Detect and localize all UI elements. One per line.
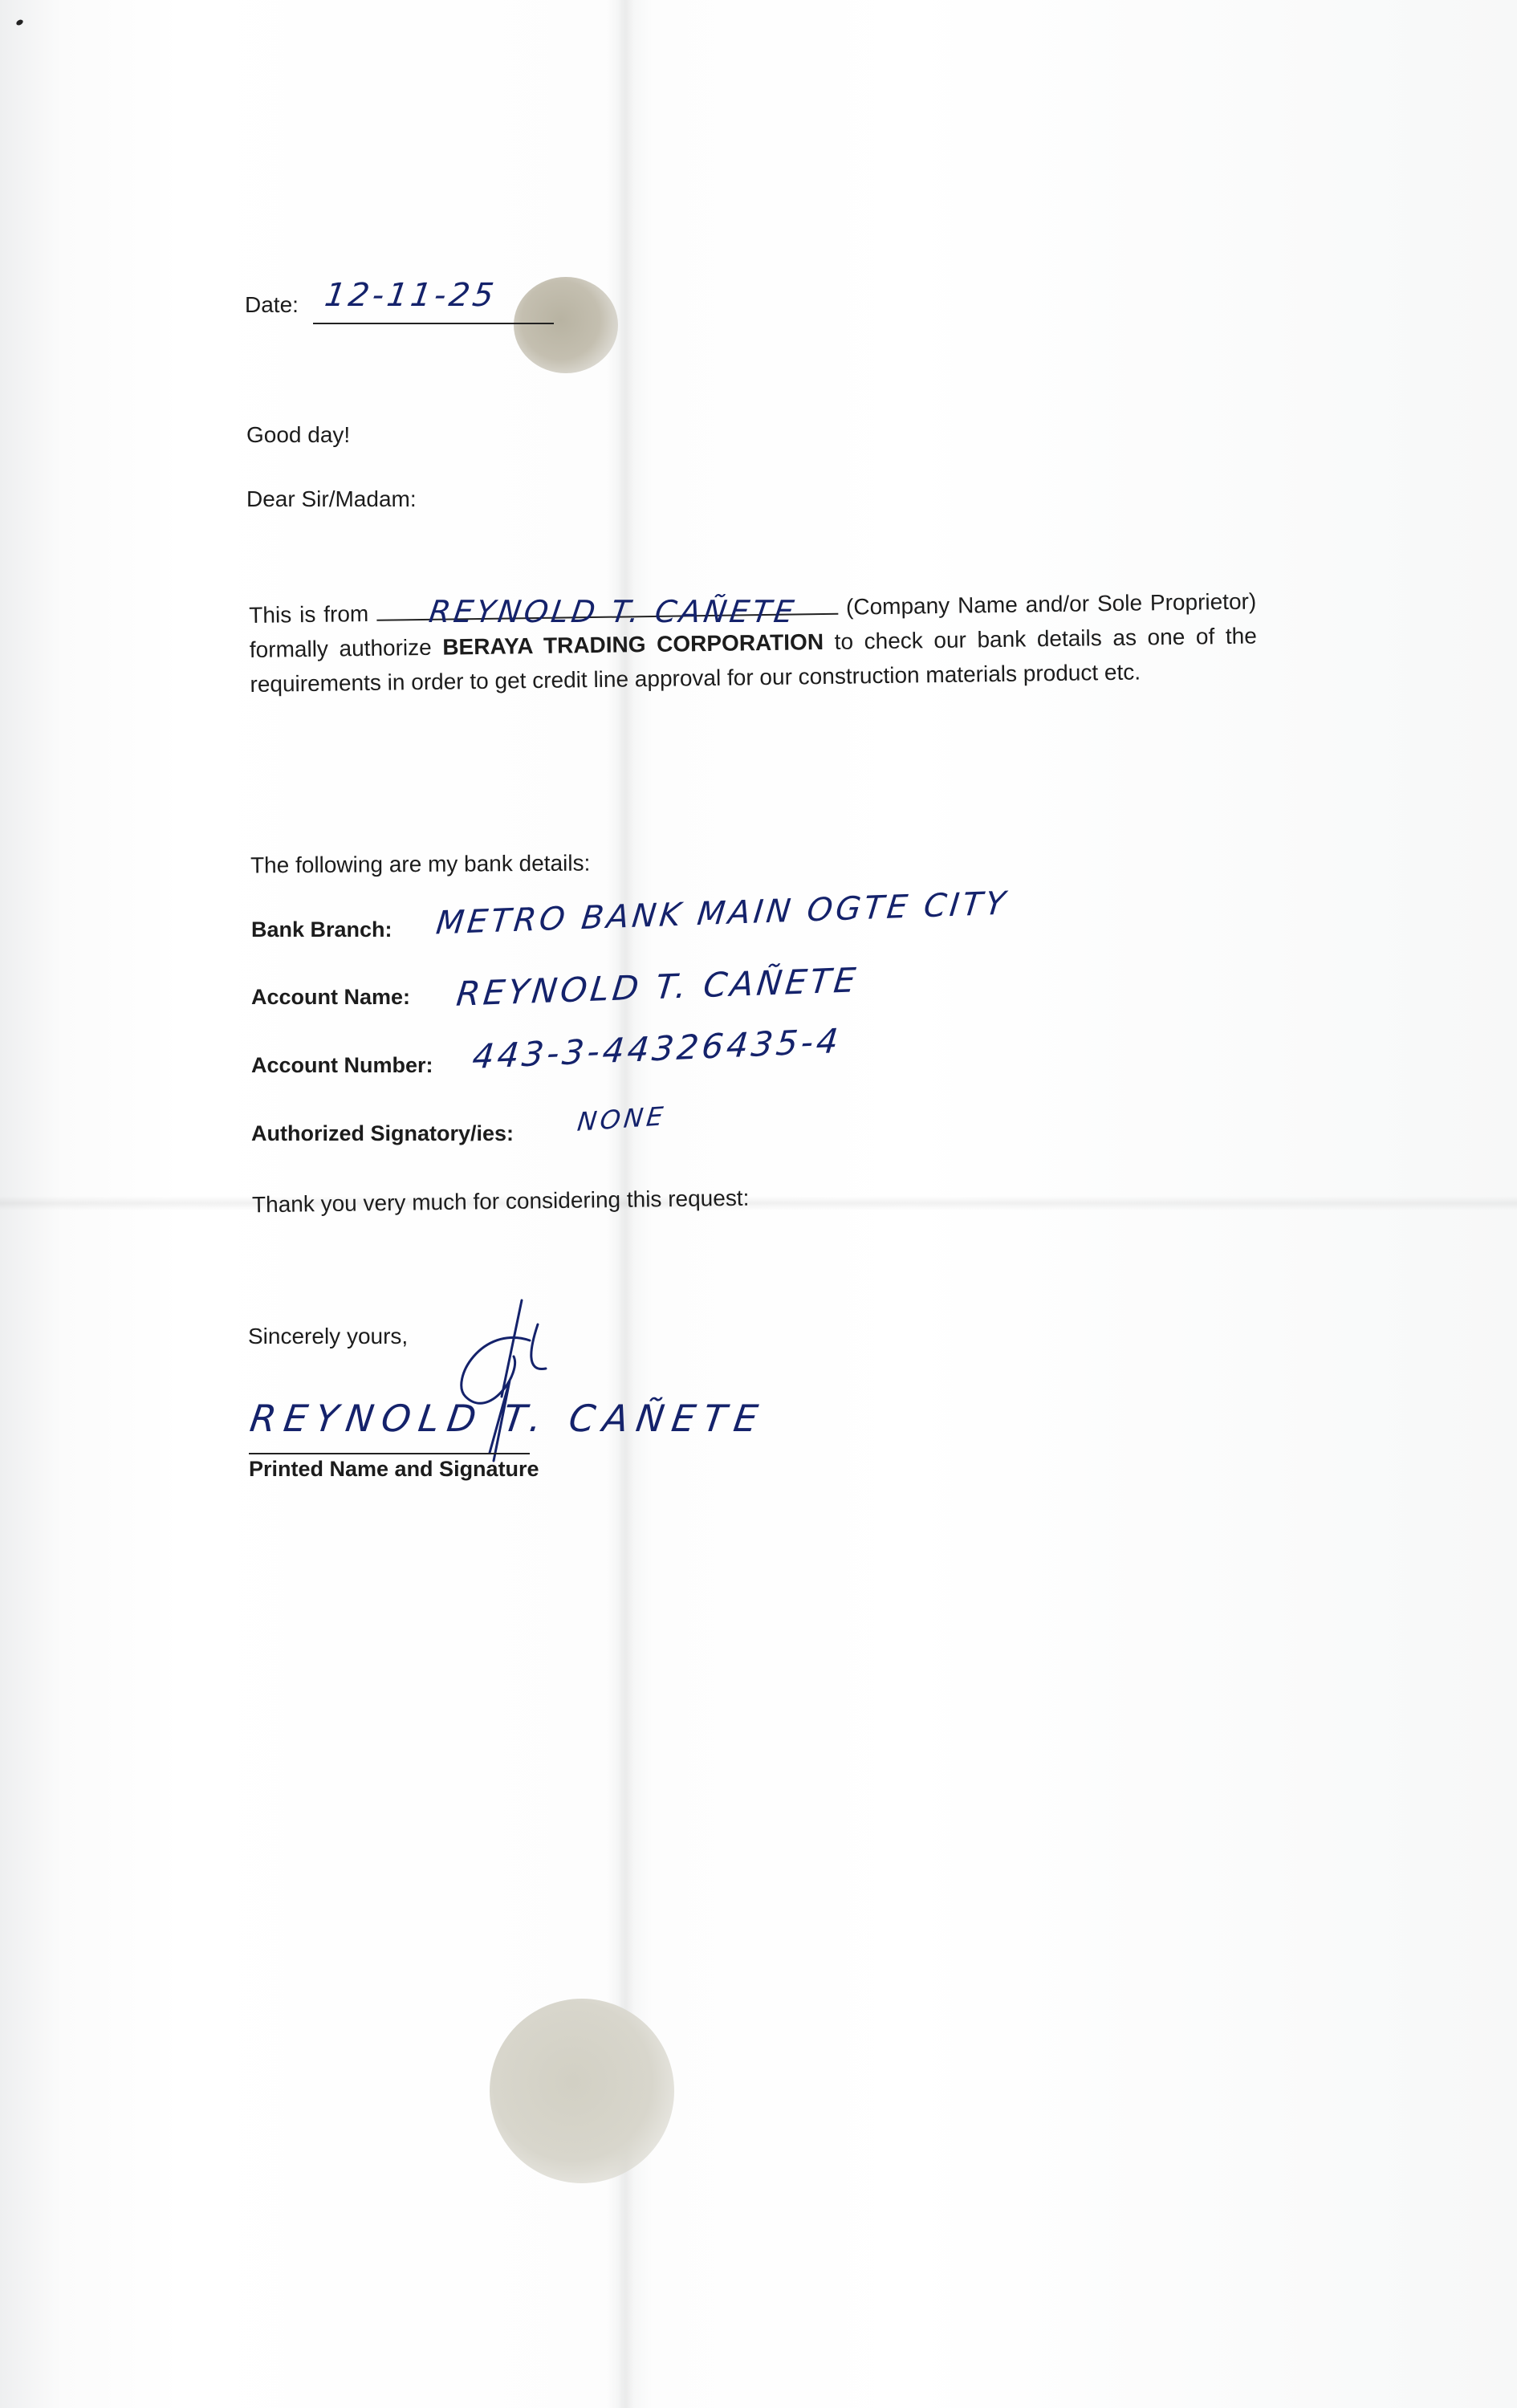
signature-underline — [249, 1453, 530, 1454]
signature-scribble — [417, 1292, 594, 1469]
date-label: Date: — [245, 287, 299, 323]
paragraph-prefix: This is from — [249, 601, 368, 628]
authorized-signatories-value: NONE — [575, 1100, 667, 1137]
bank-intro: The following are my bank details: — [250, 846, 591, 885]
account-number-label: Account Number: — [251, 1053, 433, 1078]
handwritten-company-name: REYNOLD T. CAÑETE — [427, 594, 799, 629]
salutation: Dear Sir/Madam: — [246, 482, 417, 518]
date-underline — [313, 323, 554, 324]
signature-printed-name: REYNOLD T. CAÑETE — [247, 1397, 768, 1440]
closing: Sincerely yours, — [248, 1319, 408, 1355]
thanks-line: Thank you very much for considering this… — [252, 1181, 750, 1223]
authorized-signatories-label: Authorized Signatory/ies: — [251, 1121, 514, 1146]
greeting: Good day! — [246, 417, 350, 454]
stain-bottom — [490, 1999, 674, 2183]
bank-branch-label: Bank Branch: — [251, 917, 392, 942]
horizontal-fold-crease — [0, 1196, 1517, 1210]
stain-top — [514, 277, 618, 373]
date-value: 12-11-25 — [323, 277, 499, 314]
account-name-label: Account Name: — [251, 985, 410, 1010]
company-name: BERAYA TRADING CORPORATION — [442, 629, 824, 660]
signature-caption: Printed Name and Signature — [249, 1457, 539, 1482]
